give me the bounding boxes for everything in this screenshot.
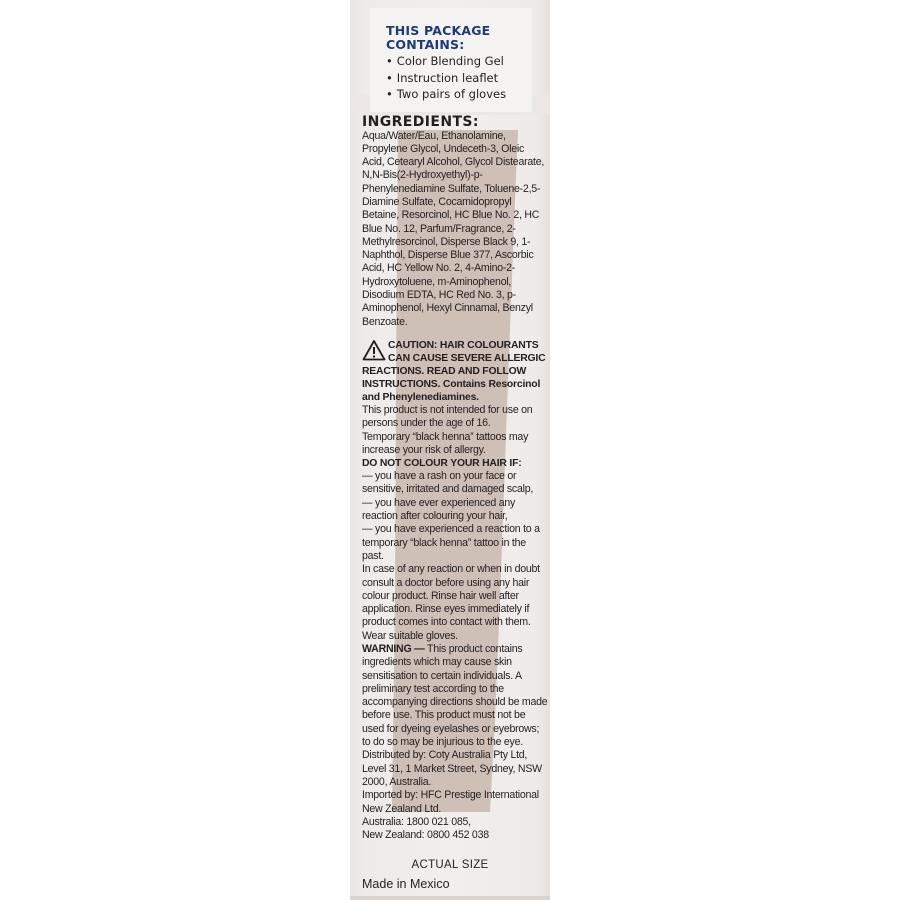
package-item: Instruction leaflet	[386, 70, 548, 87]
henna-notice: Temporary “black henna” tattoos may incr…	[362, 431, 548, 458]
actual-size-label: ACTUAL SIZE	[350, 859, 550, 871]
warning-text: This product contains ingredients which …	[362, 643, 547, 748]
warning-label: WARNING —	[362, 643, 425, 655]
package-item: Color Blending Gel	[386, 53, 548, 70]
phone-new-zealand: New Zealand: 0800 452 038	[362, 829, 548, 842]
package-contents-title: THIS PACKAGE CONTAINS:	[386, 24, 548, 52]
ingredients-title: INGREDIENTS:	[362, 114, 548, 130]
package-contents-section: THIS PACKAGE CONTAINS: Color Blending Ge…	[386, 24, 548, 103]
package-item: Two pairs of gloves	[386, 86, 548, 103]
package-title-line1: THIS PACKAGE	[386, 24, 548, 38]
package-contents-list: Color Blending Gel Instruction leaflet T…	[386, 53, 548, 103]
do-not-item: — you have experienced a reaction to a t…	[362, 523, 548, 563]
panel-bottom-edge	[350, 896, 550, 900]
package-side-panel: THIS PACKAGE CONTAINS: Color Blending Ge…	[350, 0, 550, 900]
ingredients-list: Aqua/Water/Eau, Ethanolamine, Propylene …	[362, 130, 548, 329]
panel-content: THIS PACKAGE CONTAINS: Color Blending Ge…	[362, 24, 548, 842]
warning-triangle-icon	[362, 339, 386, 361]
caution-section: CAUTION: HAIR COLOURANTS CAN CAUSE SEVER…	[362, 339, 548, 749]
age-notice: This product is not intended for use on …	[362, 404, 548, 431]
distributed-by: Distributed by: Coty Australia Pty Ltd, …	[362, 749, 548, 789]
made-in-label: Made in Mexico	[362, 877, 450, 891]
imported-by: Imported by: HFC Prestige International …	[362, 789, 548, 816]
phone-australia: Australia: 1800 021 085,	[362, 816, 548, 829]
caution-headline: CAUTION: HAIR COLOURANTS CAN CAUSE SEVER…	[362, 339, 548, 404]
do-not-colour-title: DO NOT COLOUR YOUR HAIR IF:	[362, 457, 548, 470]
warning-paragraph: WARNING — This product contains ingredie…	[362, 643, 548, 749]
package-title-line2: CONTAINS:	[386, 38, 548, 52]
do-not-item: — you have ever experienced any reaction…	[362, 497, 548, 524]
advice-text: In case of any reaction or when in doubt…	[362, 563, 548, 643]
do-not-item: — you have a rash on your face or sensit…	[362, 470, 548, 497]
distribution-section: Distributed by: Coty Australia Pty Ltd, …	[362, 749, 548, 842]
